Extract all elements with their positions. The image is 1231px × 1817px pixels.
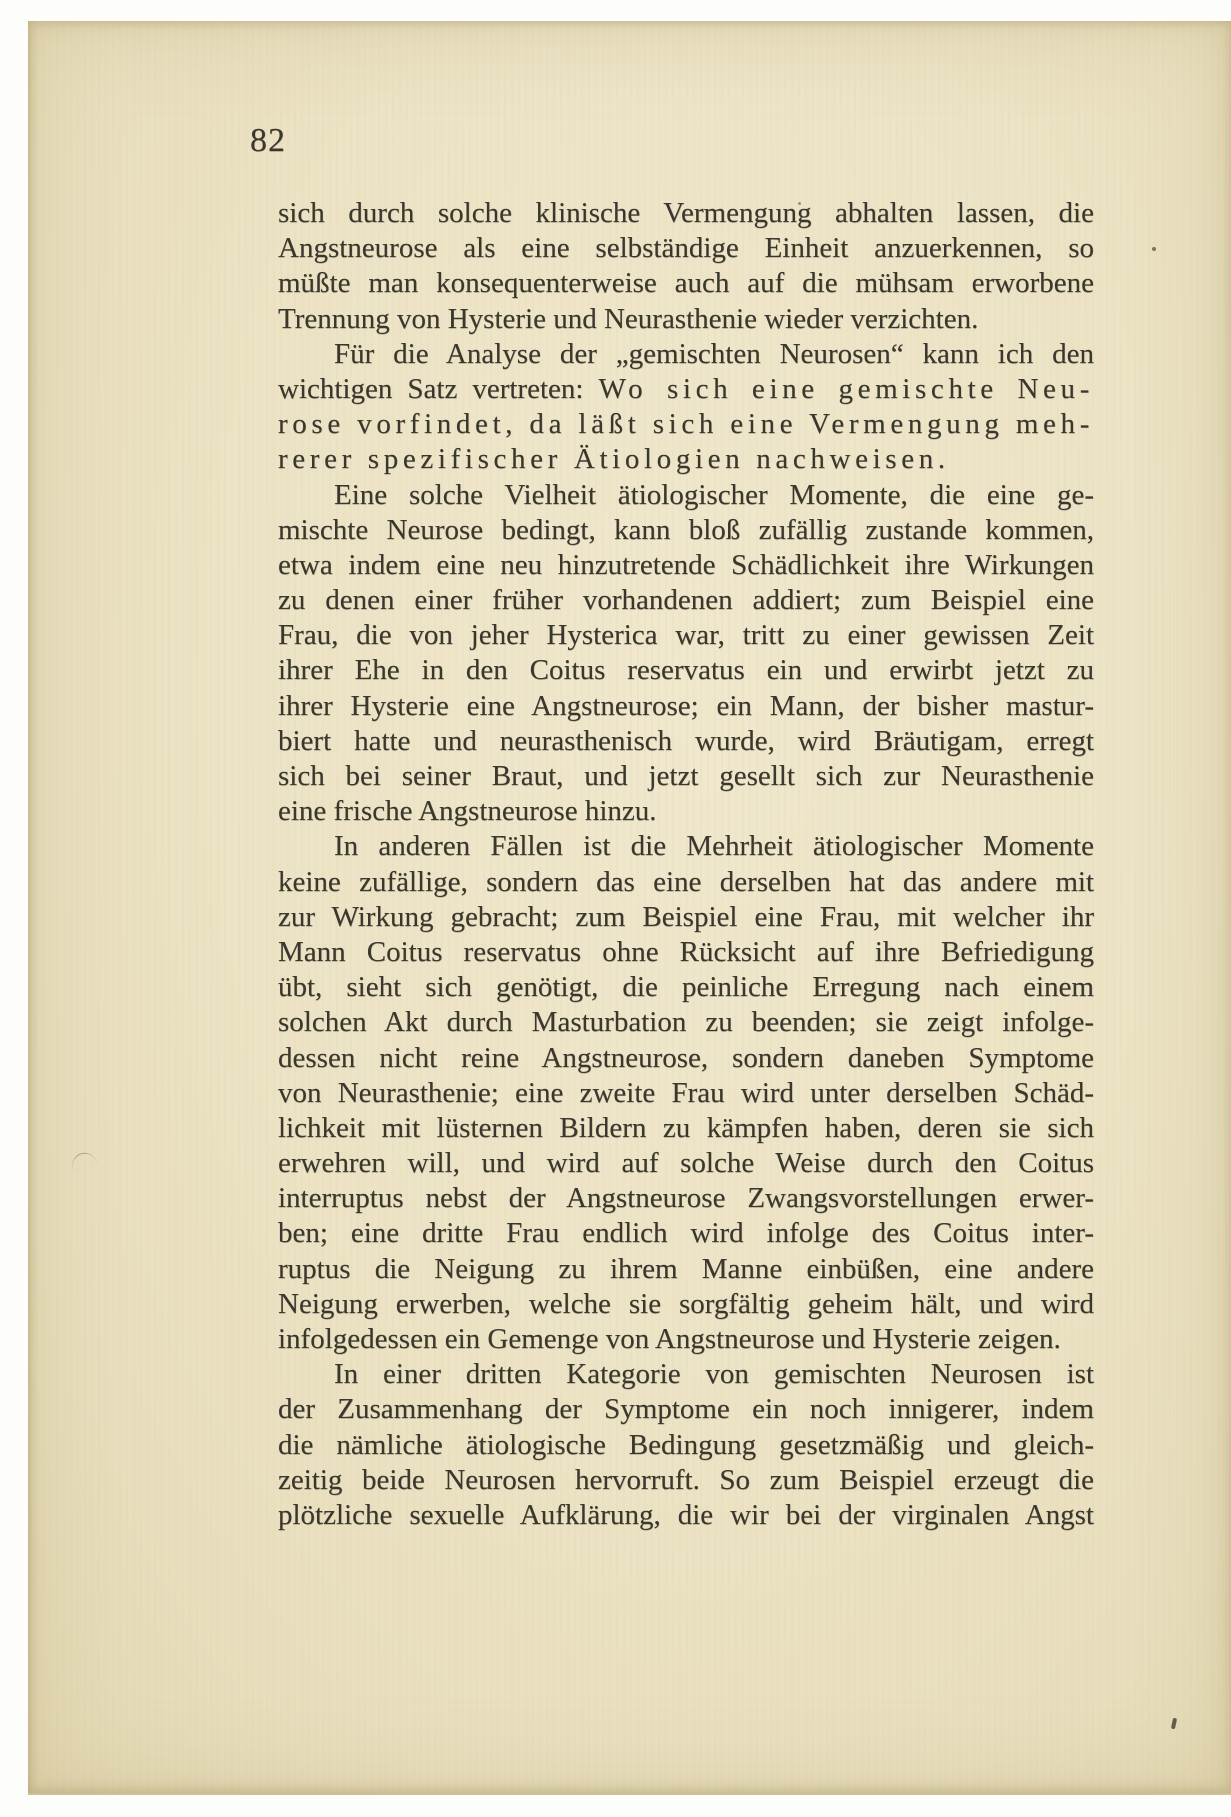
text-line: sich bei seiner Braut, und jetzt gesellt… (278, 759, 1094, 794)
text-block: sich durch solche klinische Vermengung a… (278, 196, 1094, 1533)
text-line: erwehren will, und wird auf solche Weise… (278, 1146, 1094, 1181)
body-text: von Neurasthenie; eine zweite Frau wird … (278, 1077, 1094, 1109)
body-text: zeitig beide Neurosen hervorruft. So zum… (278, 1464, 1094, 1496)
body-text: sich bei seiner Braut, und jetzt gesellt… (278, 760, 1094, 792)
text-line: zeitig beide Neurosen hervorruft. So zum… (278, 1463, 1094, 1498)
ink-speck (1152, 247, 1156, 251)
body-text: Eine solche Vielheit ätiologischer Momen… (334, 479, 1094, 511)
scanned-book-page: { "page": { "number": "82", "paper_color… (0, 0, 1231, 1817)
body-text: die nämliche ätiologische Bedingung gese… (278, 1429, 1094, 1461)
body-text: etwa indem eine neu hinzutretende Schädl… (278, 549, 1094, 581)
body-text: übt, sieht sich genötigt, die peinliche … (278, 971, 1094, 1003)
body-text: dessen nicht reine Angstneurose, sondern… (278, 1042, 1094, 1074)
body-text: erwehren will, und wird auf solche Weise… (278, 1147, 1094, 1179)
text-line: zur Wirkung gebracht; zum Beispiel eine … (278, 900, 1094, 935)
text-line: dessen nicht reine Angstneurose, sondern… (278, 1041, 1094, 1076)
text-line: sich durch solche klinische Vermengung a… (278, 196, 1094, 231)
text-line: übt, sieht sich genötigt, die peinliche … (278, 970, 1094, 1005)
text-line: Trennung von Hysterie und Neurasthenie w… (278, 302, 1094, 337)
body-text: wichtigen Satz vertreten: (278, 373, 598, 405)
page-number: 82 (250, 124, 286, 158)
text-line: müßte man konsequenterweise auch auf die… (278, 266, 1094, 301)
body-text: ihrer Ehe in den Coitus reservatus ein u… (278, 654, 1094, 686)
body-text: Mann Coitus reservatus ohne Rücksicht au… (278, 936, 1094, 968)
text-line: Eine solche Vielheit ätiologischer Momen… (278, 478, 1094, 513)
body-text: müßte man konsequenterweise auch auf die… (278, 267, 1094, 299)
body-text: zu denen einer früher vorhandenen addier… (278, 584, 1094, 616)
body-text: ruptus die Neigung zu ihrem Manne einbüß… (278, 1253, 1094, 1285)
ink-speck (1171, 1718, 1177, 1730)
text-line: mischte Neurose bedingt, kann bloß zufäl… (278, 513, 1094, 548)
text-line: Mann Coitus reservatus ohne Rücksicht au… (278, 935, 1094, 970)
text-line: biert hatte und neurasthenisch wurde, wi… (278, 724, 1094, 759)
emphasized-spaced-text: Wo sich eine gemischte Neu- (598, 373, 1094, 405)
text-line: interruptus nebst der Angstneurose Zwang… (278, 1181, 1094, 1216)
body-text: biert hatte und neurasthenisch wurde, wi… (278, 725, 1094, 757)
body-text: Für die Analyse der „gemischten Neurosen… (334, 338, 1094, 370)
body-text: infolgedessen ein Gemenge von Angstneuro… (278, 1323, 1061, 1355)
text-line: infolgedessen ein Gemenge von Angstneuro… (278, 1322, 1094, 1357)
body-text: keine zufällige, sondern das eine dersel… (278, 866, 1094, 898)
body-text: ben; eine dritte Frau endlich wird infol… (278, 1217, 1094, 1249)
text-line: eine frische Angstneurose hinzu. (278, 794, 1094, 829)
body-text: solchen Akt durch Masturbation zu beende… (278, 1006, 1094, 1038)
body-text: der Zusammenhang der Symptome ein noch i… (278, 1393, 1094, 1425)
text-line: ruptus die Neigung zu ihrem Manne einbüß… (278, 1252, 1094, 1287)
body-text: Angstneurose als eine selbständige Einhe… (278, 232, 1094, 264)
text-line: Frau, die von jeher Hysterica war, tritt… (278, 618, 1094, 653)
text-line: Neigung erwerben, welche sie sorgfältig … (278, 1287, 1094, 1322)
text-line: ihrer Ehe in den Coitus reservatus ein u… (278, 653, 1094, 688)
text-line: plötzliche sexuelle Aufklärung, die wir … (278, 1498, 1094, 1533)
body-text: interruptus nebst der Angstneurose Zwang… (278, 1182, 1094, 1214)
text-line: zu denen einer früher vorhandenen addier… (278, 583, 1094, 618)
text-line: lichkeit mit lüsternen Bildern zu kämpfe… (278, 1111, 1094, 1146)
paper-scratch-mark (68, 1149, 97, 1171)
body-text: mischte Neurose bedingt, kann bloß zufäl… (278, 514, 1094, 546)
body-text: zur Wirkung gebracht; zum Beispiel eine … (278, 901, 1094, 933)
text-line: Angstneurose als eine selbständige Einhe… (278, 231, 1094, 266)
text-line: rerer spezifischer Ätiologien nachweisen… (278, 442, 1094, 477)
body-text: In anderen Fällen ist die Mehrheit ätiol… (334, 830, 1094, 862)
text-line: solchen Akt durch Masturbation zu beende… (278, 1005, 1094, 1040)
text-line: die nämliche ätiologische Bedingung gese… (278, 1428, 1094, 1463)
body-text: sich durch solche klinische Vermengung a… (278, 197, 1094, 229)
text-line: der Zusammenhang der Symptome ein noch i… (278, 1392, 1094, 1427)
body-text: plötzliche sexuelle Aufklärung, die wir … (278, 1499, 1094, 1531)
text-line: wichtigen Satz vertreten: Wo sich eine g… (278, 372, 1094, 407)
body-text: ihrer Hysterie eine Angstneurose; ein Ma… (278, 690, 1094, 722)
body-text: In einer dritten Kategorie von gemischte… (334, 1358, 1094, 1390)
text-line: rose vorfindet, da läßt sich eine Vermen… (278, 407, 1094, 442)
text-line: Für die Analyse der „gemischten Neurosen… (278, 337, 1094, 372)
text-line: ihrer Hysterie eine Angstneurose; ein Ma… (278, 689, 1094, 724)
emphasized-spaced-text: rose vorfindet, da läßt sich eine Vermen… (278, 408, 1094, 440)
body-text: lichkeit mit lüsternen Bildern zu kämpfe… (278, 1112, 1094, 1144)
body-text: Frau, die von jeher Hysterica war, tritt… (278, 619, 1094, 651)
text-line: ben; eine dritte Frau endlich wird infol… (278, 1216, 1094, 1251)
emphasized-spaced-text: rerer spezifischer Ätiologien nachweisen… (278, 443, 950, 475)
text-line: von Neurasthenie; eine zweite Frau wird … (278, 1076, 1094, 1111)
text-line: In einer dritten Kategorie von gemischte… (278, 1357, 1094, 1392)
body-text: eine frische Angstneurose hinzu. (278, 795, 657, 827)
text-line: etwa indem eine neu hinzutretende Schädl… (278, 548, 1094, 583)
text-line: In anderen Fällen ist die Mehrheit ätiol… (278, 829, 1094, 864)
text-line: keine zufällige, sondern das eine dersel… (278, 865, 1094, 900)
body-text: Neigung erwerben, welche sie sorgfältig … (278, 1288, 1094, 1320)
body-text: Trennung von Hysterie und Neurasthenie w… (278, 303, 978, 335)
